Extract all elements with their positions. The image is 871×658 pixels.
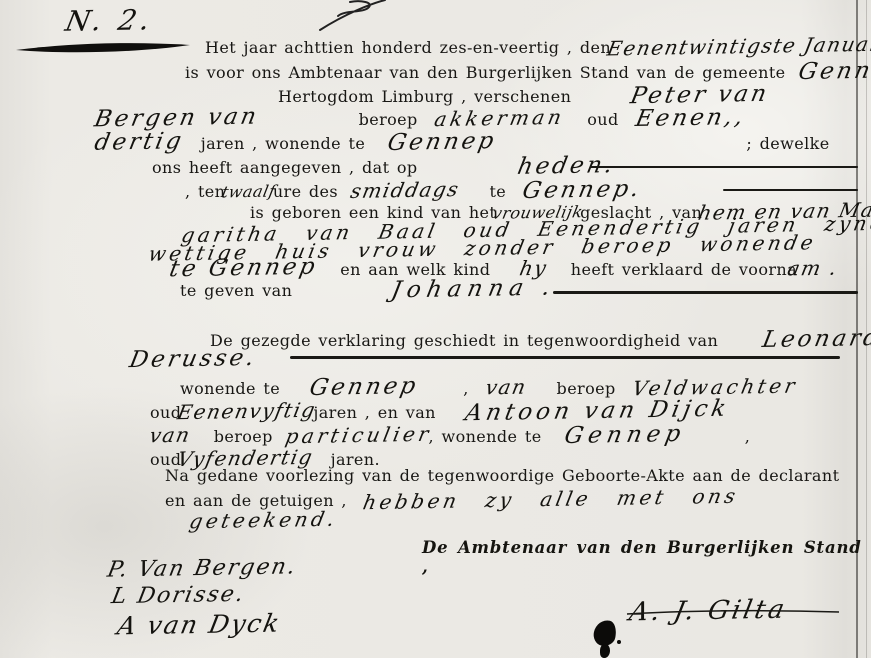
act-line-17: van beroep particulier , wonende te Genn…: [150, 422, 750, 448]
act-line-6: ons heeft aangegeven , dat op heden.: [152, 153, 615, 179]
printed-text: jaren , wonende te: [201, 134, 365, 153]
printed-text: ons heeft aangegeven , dat op: [152, 158, 418, 177]
printed-text: ,: [745, 427, 751, 446]
act-line-12: te geven van Johanna .: [180, 276, 556, 302]
printed-text: , wonende te: [429, 427, 542, 446]
printed-text: Het jaar achttien honderd zes-en-veertig…: [205, 38, 611, 57]
signature-text: P. Van Bergen.: [105, 554, 299, 582]
handwritten-rule: [590, 166, 858, 168]
act-line-5: dertig jaren , wonende te Gennep ; dewel…: [95, 129, 830, 155]
signature-witness2: A van Dyck: [118, 610, 280, 639]
signature-witness1: L Dorisse.: [112, 583, 245, 608]
handwritten-child-name: Johanna .: [390, 275, 559, 304]
handwritten-age: Eenen,,: [633, 104, 748, 132]
act-line-13: De gezegde verklaring geschiedt in tegen…: [210, 326, 871, 352]
act-line-14: Derusse.: [130, 346, 256, 372]
printed-text: is voor ons Ambtenaar van den Burgerlijk…: [185, 63, 786, 82]
ink-blot-small: [600, 644, 610, 658]
printed-text: , ten: [185, 182, 225, 201]
handwritten-witness1-surname: Derusse.: [127, 345, 259, 373]
printed-text: wonende te: [180, 379, 280, 398]
act-line-16: oud Eenenvyftig jaren , en van Antoon va…: [150, 398, 729, 424]
printed-text: oud: [587, 110, 618, 129]
handwritten-rule: [290, 356, 840, 359]
handwritten-rule: [553, 291, 858, 294]
signature-text: L Dorisse.: [109, 582, 247, 609]
ink-dot: [617, 640, 621, 644]
handwritten-word: van: [148, 423, 193, 448]
printed-text: heeft verklaard de voorna: [571, 260, 797, 279]
handwritten-word-end: am .: [786, 256, 840, 281]
act-line-4: Bergen van beroep akkerman oud Eenen,,: [95, 105, 745, 131]
handwritten-closing-word: geteekend.: [187, 507, 340, 534]
handwritten-word: van: [483, 375, 528, 400]
printed-text: jaren , en van: [313, 403, 436, 422]
handwritten-closing-phrase: hebben zy alle met ons: [361, 484, 741, 515]
signature-flourish: [625, 608, 845, 618]
handwritten-residence: Gennep: [386, 128, 499, 156]
birth-record-page: N. 2. Het jaar achttien honderd zes-en-v…: [0, 0, 871, 658]
printed-text: De gezegde verklaring geschiedt in tegen…: [210, 331, 718, 350]
handwritten-age: dertig: [92, 128, 186, 156]
printed-text: beroep: [359, 110, 418, 129]
printed-text: ; dewelke: [746, 134, 829, 153]
handwritten-date: Eenentwintigste January: [605, 32, 871, 61]
act-number: N. 2.: [66, 4, 153, 37]
handwritten-witness1-firstname: Leonard: [761, 325, 871, 353]
printed-text: ,: [463, 379, 469, 398]
handwritten-residence: Gennep: [562, 421, 687, 449]
top-flourish-stroke: [290, 0, 410, 34]
handwritten-residence: Gennep: [307, 373, 420, 401]
handwritten-rule: [723, 189, 858, 191]
printed-text: beroep: [214, 427, 273, 446]
act-line-1: Het jaar achttien honderd zes-en-veertig…: [205, 34, 871, 58]
printed-text: Hertogdom Limburg , verschenen: [278, 87, 571, 106]
printed-text: beroep: [557, 379, 616, 398]
official-title: De Ambtenaar van den Burgerlijken Stand …: [422, 538, 871, 576]
signature-text: A van Dyck: [115, 609, 284, 641]
handwritten-municipality: Gennep.: [796, 57, 871, 85]
act-number-text: N. 2.: [63, 3, 157, 38]
printed-text: te geven van: [180, 281, 292, 300]
handwritten-occupation: akkerman: [432, 105, 566, 131]
act-number-flourish: [14, 40, 194, 56]
handwritten-age: Eenenvyftig: [176, 398, 319, 424]
signature-declarant: P. Van Bergen.: [108, 556, 296, 581]
printed-text: Na gedane voorlezing van de tegenwoordig…: [165, 466, 839, 485]
act-line-19: Na gedane voorlezing van de tegenwoordig…: [165, 466, 839, 485]
act-line-21: geteekend.: [190, 508, 337, 532]
